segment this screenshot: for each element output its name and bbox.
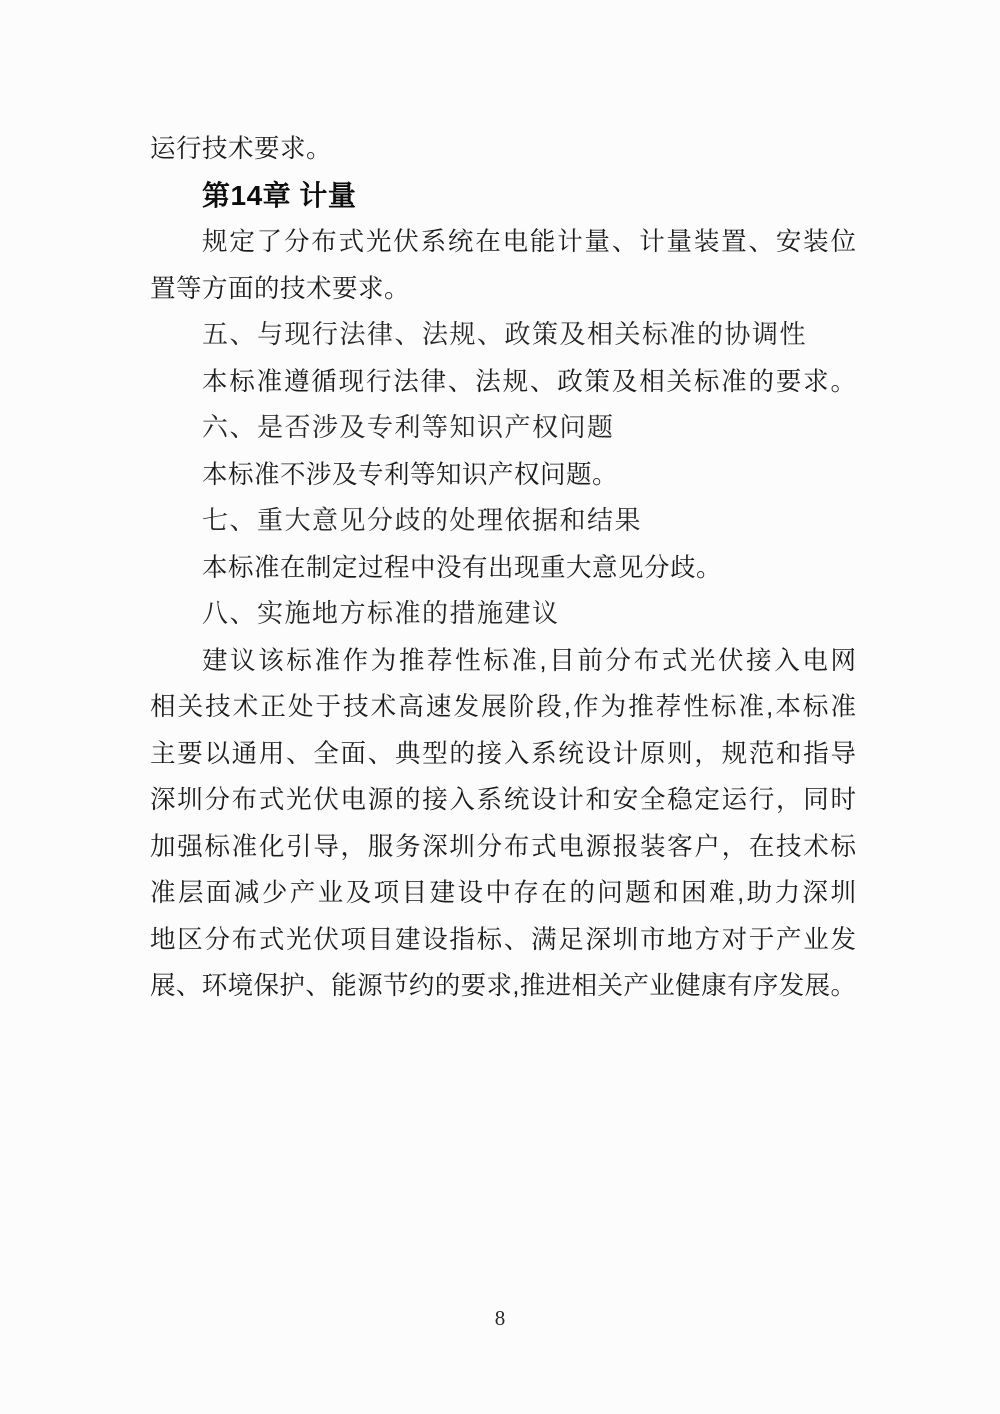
paragraph-line: 准层面减少产业及项目建设中存在的问题和困难,助力深圳	[150, 870, 856, 917]
paragraph-line: 地区分布式光伏项目建设指标、满足深圳市地方对于产业发	[150, 917, 856, 964]
chapter-14-heading: 第14章 计量	[150, 173, 856, 220]
paragraph-line: 本标准遵循现行法律、法规、政策及相关标准的要求。	[150, 359, 856, 406]
section-5-heading: 五、与现行法律、法规、政策及相关标准的协调性	[150, 312, 856, 359]
paragraph-line: 本标准在制定过程中没有出现重大意见分歧。	[150, 545, 856, 592]
paragraph-line: 置等方面的技术要求。	[150, 266, 856, 313]
paragraph-line: 本标准不涉及专利等知识产权问题。	[150, 452, 856, 499]
section-7-heading: 七、重大意见分歧的处理依据和结果	[150, 498, 856, 545]
paragraph-line: 建议该标准作为推荐性标准,目前分布式光伏接入电网	[150, 638, 856, 685]
paragraph-line: 深圳分布式光伏电源的接入系统设计和安全稳定运行，同时	[150, 777, 856, 824]
document-page: 运行技术要求。 第14章 计量 规定了分布式光伏系统在电能计量、计量装置、安装位…	[0, 0, 1000, 1414]
paragraph-line: 运行技术要求。	[150, 126, 856, 173]
paragraph-line: 展、环境保护、能源节约的要求,推进相关产业健康有序发展。	[150, 963, 856, 1010]
paragraph-line: 加强标准化引导，服务深圳分布式电源报装客户，在技术标	[150, 824, 856, 871]
paragraph-line: 规定了分布式光伏系统在电能计量、计量装置、安装位	[150, 219, 856, 266]
section-8-heading: 八、实施地方标准的措施建议	[150, 591, 856, 638]
paragraph-line: 相关技术正处于技术高速发展阶段,作为推荐性标准,本标准	[150, 684, 856, 731]
page-number: 8	[0, 1306, 1000, 1331]
section-6-heading: 六、是否涉及专利等知识产权问题	[150, 405, 856, 452]
text-block: 运行技术要求。 第14章 计量 规定了分布式光伏系统在电能计量、计量装置、安装位…	[150, 126, 856, 1010]
paragraph-line: 主要以通用、全面、典型的接入系统设计原则，规范和指导	[150, 731, 856, 778]
